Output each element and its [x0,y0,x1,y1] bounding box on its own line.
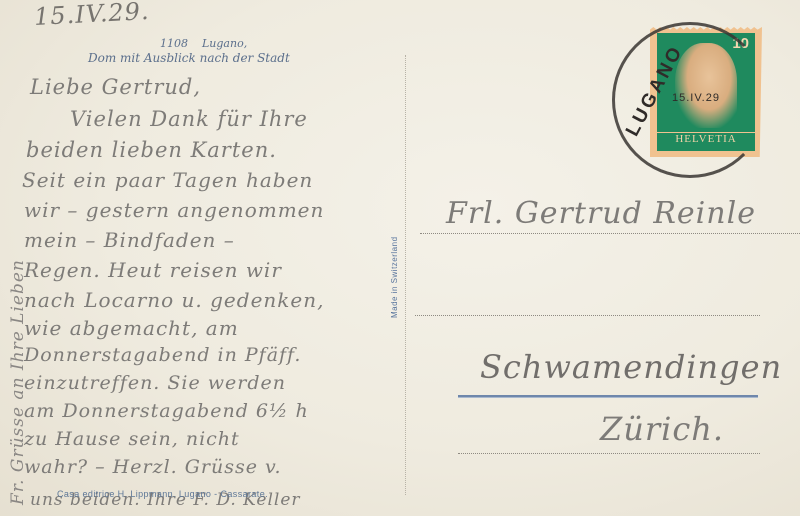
address-locality: Schwamendingen [480,348,782,386]
side-note: Fr. Grüsse an Ihre Lieben [8,259,28,505]
message-line: Donnerstagabend in Pfäff. [24,344,301,366]
message-line: wie abgemacht, am [24,316,239,340]
address-line-3 [458,395,758,397]
message-line: wahr? – Herzl. Grüsse v. [24,456,282,478]
caption-number: 1108 [160,37,188,50]
publisher-imprint: Casa editrice H. Lippmann. Lugano - Cass… [57,489,268,499]
made-in-label: Made in Switzerland [390,236,399,318]
message-line: einzutreffen. Sie werden [24,372,286,394]
message-line: Liebe Gertrud, [30,75,201,99]
message-line: mein – Bindfaden – [24,228,235,252]
message-line: am Donnerstagabend 6½ h [24,400,309,422]
postmark-date: 15.IV.29 [672,92,720,104]
address-line-1 [420,233,800,234]
caption-header: 1108 Lugano, [160,37,247,50]
center-divider [405,55,406,495]
message-line: Regen. Heut reisen wir [24,258,282,282]
message-line: Vielen Dank für Ihre [70,107,308,131]
address-line-4 [458,453,760,454]
caption-place: Lugano, [202,37,247,50]
handwritten-date: 15.IV.29. [33,0,150,31]
address-line-2 [415,315,760,316]
message-line: Seit ein paar Tagen haben [22,168,313,192]
message-line: wir – gestern angenommen [24,198,324,222]
message-line: zu Hause sein, nicht [24,428,240,450]
message-line: beiden lieben Karten. [26,138,277,162]
address-recipient: Frl. Gertrud Reinle [446,196,756,231]
address-city: Zürich. [600,410,724,448]
message-line: nach Locarno u. gedenken, [24,288,324,312]
caption-title: Dom mit Ausblick nach der Stadt [88,51,290,65]
postcard-back: 15.IV.29. 1108 Lugano, Dom mit Ausblick … [0,0,800,516]
